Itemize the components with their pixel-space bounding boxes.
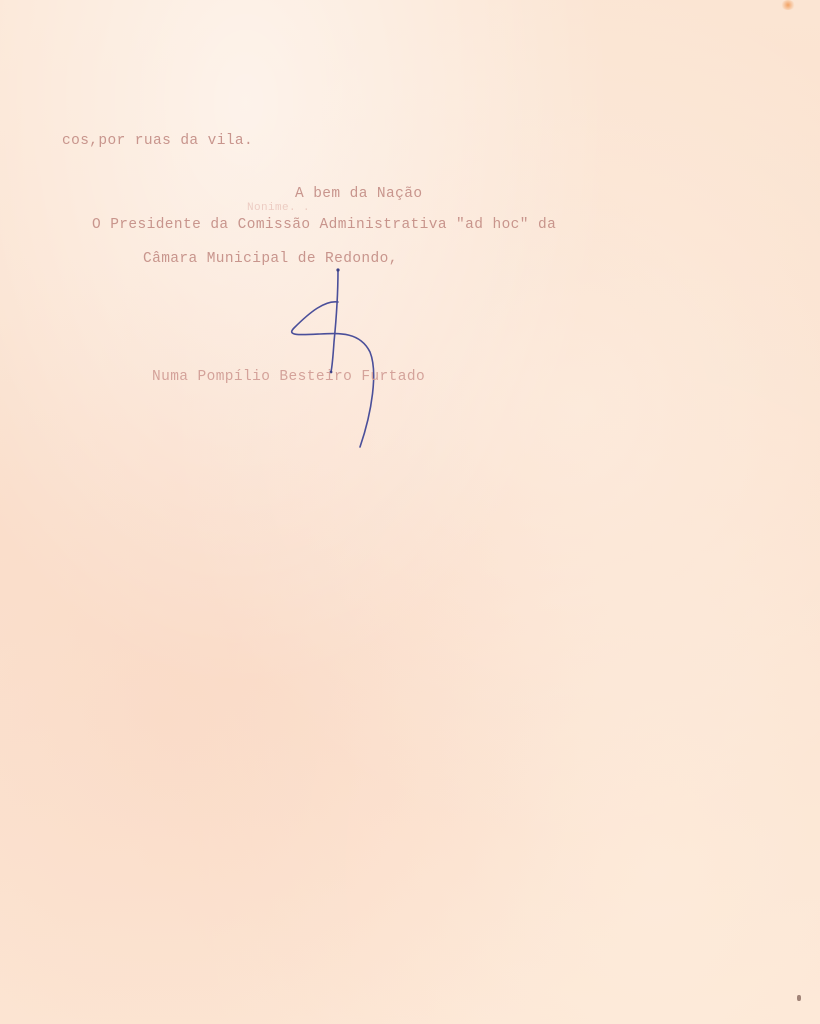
- paper-stain: [781, 0, 795, 10]
- document-page: cos,por ruas da vila. A bem da Nação Non…: [0, 0, 820, 1024]
- ghost-imprint-text: Nonime. .: [247, 202, 310, 214]
- signatory-title-line-1: O Presidente da Comissão Administrativa …: [92, 217, 556, 233]
- continuation-text: cos,por ruas da vila.: [62, 133, 253, 149]
- signatory-name: Numa Pompílio Besteiro Furtado: [152, 369, 425, 385]
- paper-speck: [797, 995, 801, 1001]
- closing-salutation: A bem da Nação: [295, 186, 422, 202]
- handwritten-signature: [280, 262, 390, 457]
